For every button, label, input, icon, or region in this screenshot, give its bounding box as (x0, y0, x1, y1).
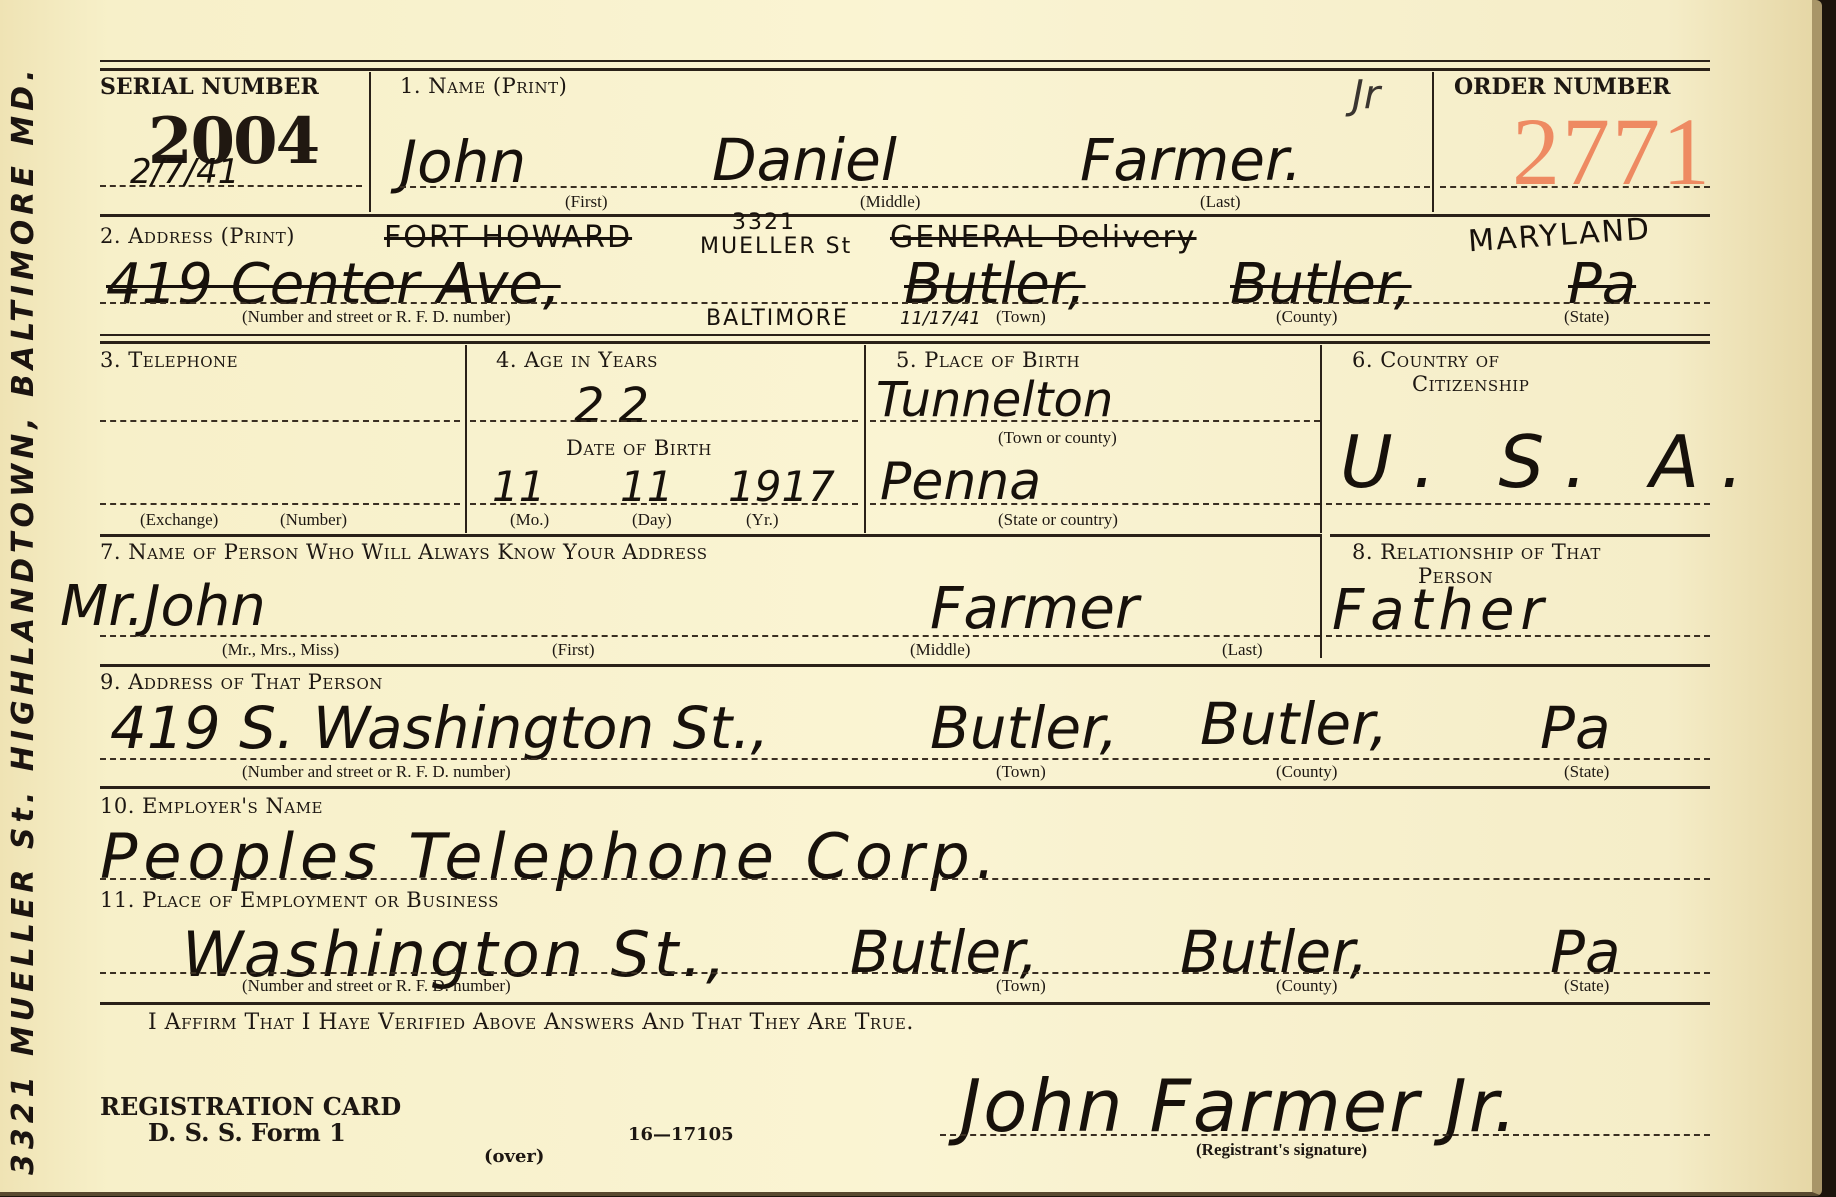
serial-divider (369, 72, 371, 212)
employment-place-cap-state: (State) (1564, 976, 1609, 996)
employment-place-county: Butler, (1180, 918, 1368, 986)
contact-address-cap-town: (Town) (996, 762, 1046, 782)
contact-cap-last: (Last) (1222, 640, 1263, 660)
employment-place-dash (100, 972, 1710, 974)
employment-place-cap-town: (Town) (996, 976, 1046, 996)
serial-date-note: 2/7/41 (130, 152, 239, 192)
address-new-town: BALTIMORE (706, 306, 849, 331)
address-new-number: 3321 (732, 210, 796, 235)
name-last: Farmer. (1080, 126, 1302, 194)
birthplace-cap-state: (State or country) (998, 510, 1118, 530)
telephone-cap-number: (Number) (280, 510, 347, 530)
dob-cap-day: (Day) (632, 510, 672, 530)
relationship-label-1: 8. Relationship of That (1352, 540, 1601, 564)
top-rule-2 (100, 68, 1710, 71)
contact-address-street: 419 S. Washington St., (110, 694, 769, 762)
citizenship-label-2: Citizenship (1412, 372, 1529, 396)
employment-place-cap-county: (County) (1276, 976, 1337, 996)
age-label: 4. Age in Years (496, 348, 658, 372)
contact-address-cap-street: (Number and street or R. F. D. number) (242, 762, 511, 782)
address-cap-county: (County) (1276, 307, 1337, 327)
age-divider (864, 345, 866, 533)
name-suffix: Jr (1352, 72, 1380, 118)
contact-first: John (144, 574, 266, 639)
employer-label: 10. Employer's Name (100, 794, 323, 818)
name-dash (400, 186, 1430, 188)
address-change-date: 11/17/41 (900, 308, 981, 329)
rule-after-contact-address (100, 786, 1710, 789)
dob-dash (470, 503, 858, 505)
telephone-divider (465, 345, 467, 533)
age-value: 22 (574, 378, 663, 434)
address-dash (100, 302, 1710, 304)
contact-address-label: 9. Address of That Person (100, 670, 383, 694)
signature-caption: (Registrant's signature) (1196, 1140, 1367, 1160)
contact-address-state: Pa (1540, 694, 1611, 762)
contact-cap-first: (First) (552, 640, 595, 660)
employment-place-cap-street: (Number and street or R. F. D. number) (242, 976, 511, 996)
rule-after-row3 (100, 534, 1320, 537)
address-struck-fort-howard: FORT HOWARD (384, 220, 632, 255)
signature-dash (940, 1134, 1710, 1136)
employer-dash (100, 878, 1710, 880)
relationship-divider (1320, 534, 1322, 658)
contact-address-cap-state: (State) (1564, 762, 1609, 782)
top-rule (100, 60, 1710, 62)
address-label: 2. Address (Print) (100, 224, 295, 248)
name-middle: Daniel (712, 126, 897, 194)
contact-address-county: Butler, (1200, 690, 1388, 758)
margin-note: 3321 MUELLER St. HIGHLANDTOWN, BALTIMORE… (6, 65, 41, 1175)
affirmation-text: I Affirm That I Haye Verified Above Answ… (148, 1010, 914, 1035)
name-cap-middle: (Middle) (860, 192, 920, 212)
serial-number-label: SERIAL NUMBER (100, 74, 319, 100)
dob-label: Date of Birth (566, 436, 712, 460)
rule-after-row3-right (1330, 534, 1710, 537)
order-dash (1440, 186, 1710, 188)
contact-title: Mr. (60, 574, 144, 639)
contact-label: 7. Name of Person Who Will Always Know Y… (100, 540, 708, 564)
rule-after-address-2 (100, 341, 1710, 344)
contact-last: Farmer (930, 574, 1139, 642)
age-dash (470, 420, 858, 422)
citizenship-value: U. S. A. (1340, 420, 1763, 504)
rule-after-name (100, 214, 1710, 217)
citizenship-label-1: 6. Country of (1352, 348, 1499, 372)
address-cap-street: (Number and street or R. F. D. number) (242, 307, 511, 327)
contact-address-town: Butler, (930, 694, 1118, 762)
address-struck-general-delivery: GENERAL Delivery (890, 220, 1197, 255)
form-title: REGISTRATION CARD (100, 1092, 401, 1121)
contact-address-dash (100, 758, 1710, 760)
telephone-cap-exchange: (Exchange) (140, 510, 218, 530)
dob-cap-yr: (Yr.) (746, 510, 779, 530)
citizenship-dash (1326, 503, 1710, 505)
name-cap-first: (First) (565, 192, 608, 212)
address-new-street: MUELLER St (700, 234, 852, 259)
telephone-label: 3. Telephone (100, 348, 238, 372)
contact-cap-title: (Mr., Mrs., Miss) (222, 640, 339, 660)
order-number-value: 2771 (1512, 96, 1712, 207)
contact-dash (100, 635, 1320, 637)
address-cap-state: (State) (1564, 307, 1609, 327)
relationship-value: Father (1332, 578, 1549, 643)
order-divider (1432, 72, 1434, 212)
print-code: 16—17105 (628, 1124, 734, 1145)
registration-card: 3321 MUELLER St. HIGHLANDTOWN, BALTIMORE… (0, 0, 1822, 1196)
birthplace-dash-2 (870, 503, 1320, 505)
employer-value: Peoples Telephone Corp. (100, 820, 1001, 893)
name-cap-last: (Last) (1200, 192, 1241, 212)
contact-title-first: Mr.John (60, 574, 266, 639)
over-note: (over) (484, 1146, 544, 1167)
birthplace-dash-1 (870, 420, 1320, 422)
birthplace-cap-town: (Town or county) (998, 428, 1117, 448)
rule-after-contact (100, 664, 1710, 667)
address-cap-town: (Town) (996, 307, 1046, 327)
form-id: D. S. S. Form 1 (148, 1118, 346, 1147)
contact-cap-middle: (Middle) (910, 640, 970, 660)
contact-address-cap-county: (County) (1276, 762, 1337, 782)
birthplace-divider (1320, 345, 1322, 533)
name-label: 1. Name (Print) (400, 74, 567, 98)
dob-cap-mo: (Mo.) (510, 510, 549, 530)
birthplace-label: 5. Place of Birth (896, 348, 1080, 372)
employment-place-label: 11. Place of Employment or Business (100, 888, 499, 912)
relationship-dash (1326, 635, 1710, 637)
telephone-dash-2 (100, 503, 460, 505)
telephone-dash-1 (100, 420, 460, 422)
rule-after-employment (100, 1002, 1710, 1005)
rule-after-address (100, 334, 1710, 336)
